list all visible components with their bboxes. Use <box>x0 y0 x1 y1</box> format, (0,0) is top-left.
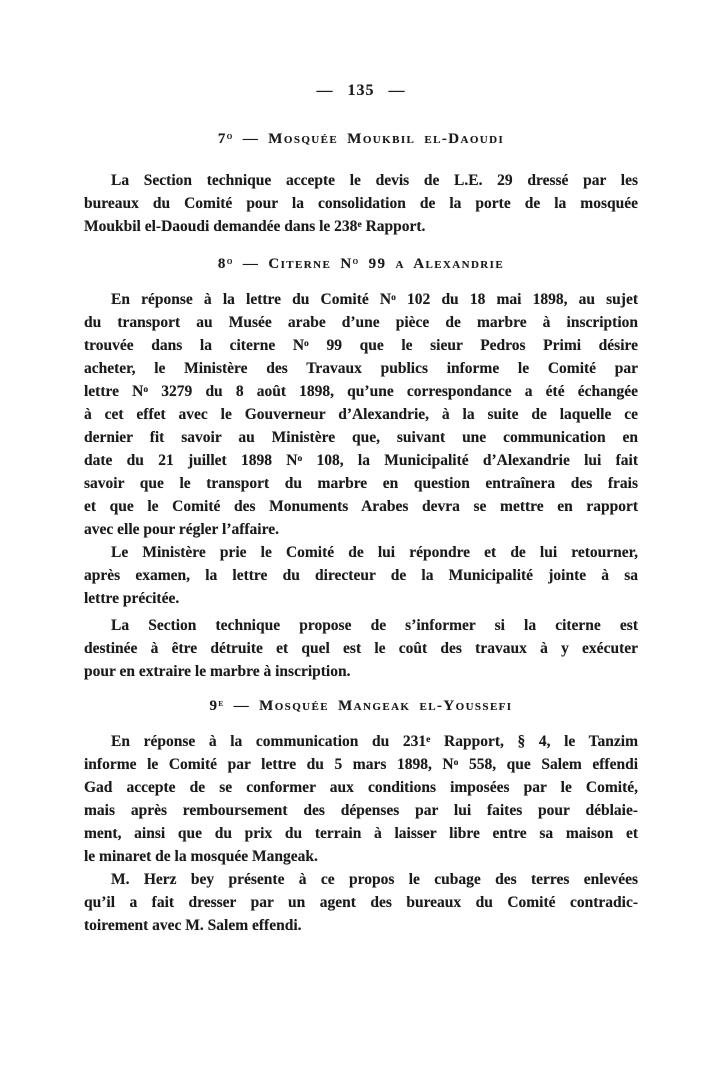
section-heading-7-mosquee-moukbil-el-daoudi: 7o — Mosquée Moukbil el-Daoudi <box>84 131 638 148</box>
text-line: La Section technique accepte le devis de… <box>84 169 638 192</box>
paragraph: La Section technique propose de s’inform… <box>84 614 638 683</box>
text-line: qu’il a fait dresser par un agent des bu… <box>84 891 638 914</box>
text-line: à cet effet avec le Gouverneur d’Alexand… <box>84 403 638 426</box>
text-line: Gad accepte de se conformer aux conditio… <box>84 776 638 799</box>
paragraph: M. Herz bey présente à ce propos le cuba… <box>84 868 638 937</box>
text-line: toirement avec M. Salem effendi. <box>84 914 638 937</box>
text-line: destinée à être détruite et quel est le … <box>84 637 638 660</box>
text-line: pour en extraire le marbre à inscription… <box>84 660 638 683</box>
text-line: après examen, la lettre du directeur de … <box>84 564 638 587</box>
paragraph: En réponse à la lettre du Comité No 102 … <box>84 288 638 541</box>
text-line: En réponse à la communication du 231e Ra… <box>84 730 638 753</box>
page-content: — 135 — 7o — Mosquée Moukbil el-Daoudi L… <box>84 82 638 937</box>
paragraph: En réponse à la communication du 231e Ra… <box>84 730 638 868</box>
text-line: acheter, le Ministère des Travaux public… <box>84 357 638 380</box>
scanned-document-page: — 135 — 7o — Mosquée Moukbil el-Daoudi L… <box>0 0 720 1079</box>
text-line: mais après remboursement des dépenses pa… <box>84 799 638 822</box>
section-heading-9-mosquee-mangeak-el-youssefi: 9e — Mosquée Mangeak el-Youssefi <box>84 698 638 715</box>
text-line: La Section technique propose de s’inform… <box>84 614 638 637</box>
text-line: du transport au Musée arabe d’une pièce … <box>84 311 638 334</box>
text-line: trouvée dans la citerne No 99 que le sie… <box>84 334 638 357</box>
text-line: M. Herz bey présente à ce propos le cuba… <box>84 868 638 891</box>
text-line: dernier fit savoir au Ministère que, sui… <box>84 426 638 449</box>
text-line: ment, ainsi que du prix du terrain à lai… <box>84 822 638 845</box>
text-line: avec elle pour régler l’affaire. <box>84 518 638 541</box>
text-line: date du 21 juillet 1898 No 108, la Munic… <box>84 449 638 472</box>
section-heading-8-citerne-99-alexandrie: 8o — Citerne No 99 a Alexandrie <box>84 256 638 273</box>
text-line: En réponse à la lettre du Comité No 102 … <box>84 288 638 311</box>
text-line: lettre No 3279 du 8 août 1898, qu’une co… <box>84 380 638 403</box>
text-line: Moukbil el-Daoudi demandée dans le 238e … <box>84 215 638 238</box>
text-line: et que le Comité des Monuments Arabes de… <box>84 495 638 518</box>
page-number: — 135 — <box>84 82 638 100</box>
text-line: informe le Comité par lettre du 5 mars 1… <box>84 753 638 776</box>
paragraph: Le Ministère prie le Comité de lui répon… <box>84 541 638 610</box>
text-line: savoir que le transport du marbre en que… <box>84 472 638 495</box>
text-line: Le Ministère prie le Comité de lui répon… <box>84 541 638 564</box>
text-line: lettre précitée. <box>84 587 638 610</box>
text-line: le minaret de la mosquée Mangeak. <box>84 845 638 868</box>
text-line: bureaux du Comité pour la consolidation … <box>84 192 638 215</box>
paragraph: La Section technique accepte le devis de… <box>84 169 638 238</box>
